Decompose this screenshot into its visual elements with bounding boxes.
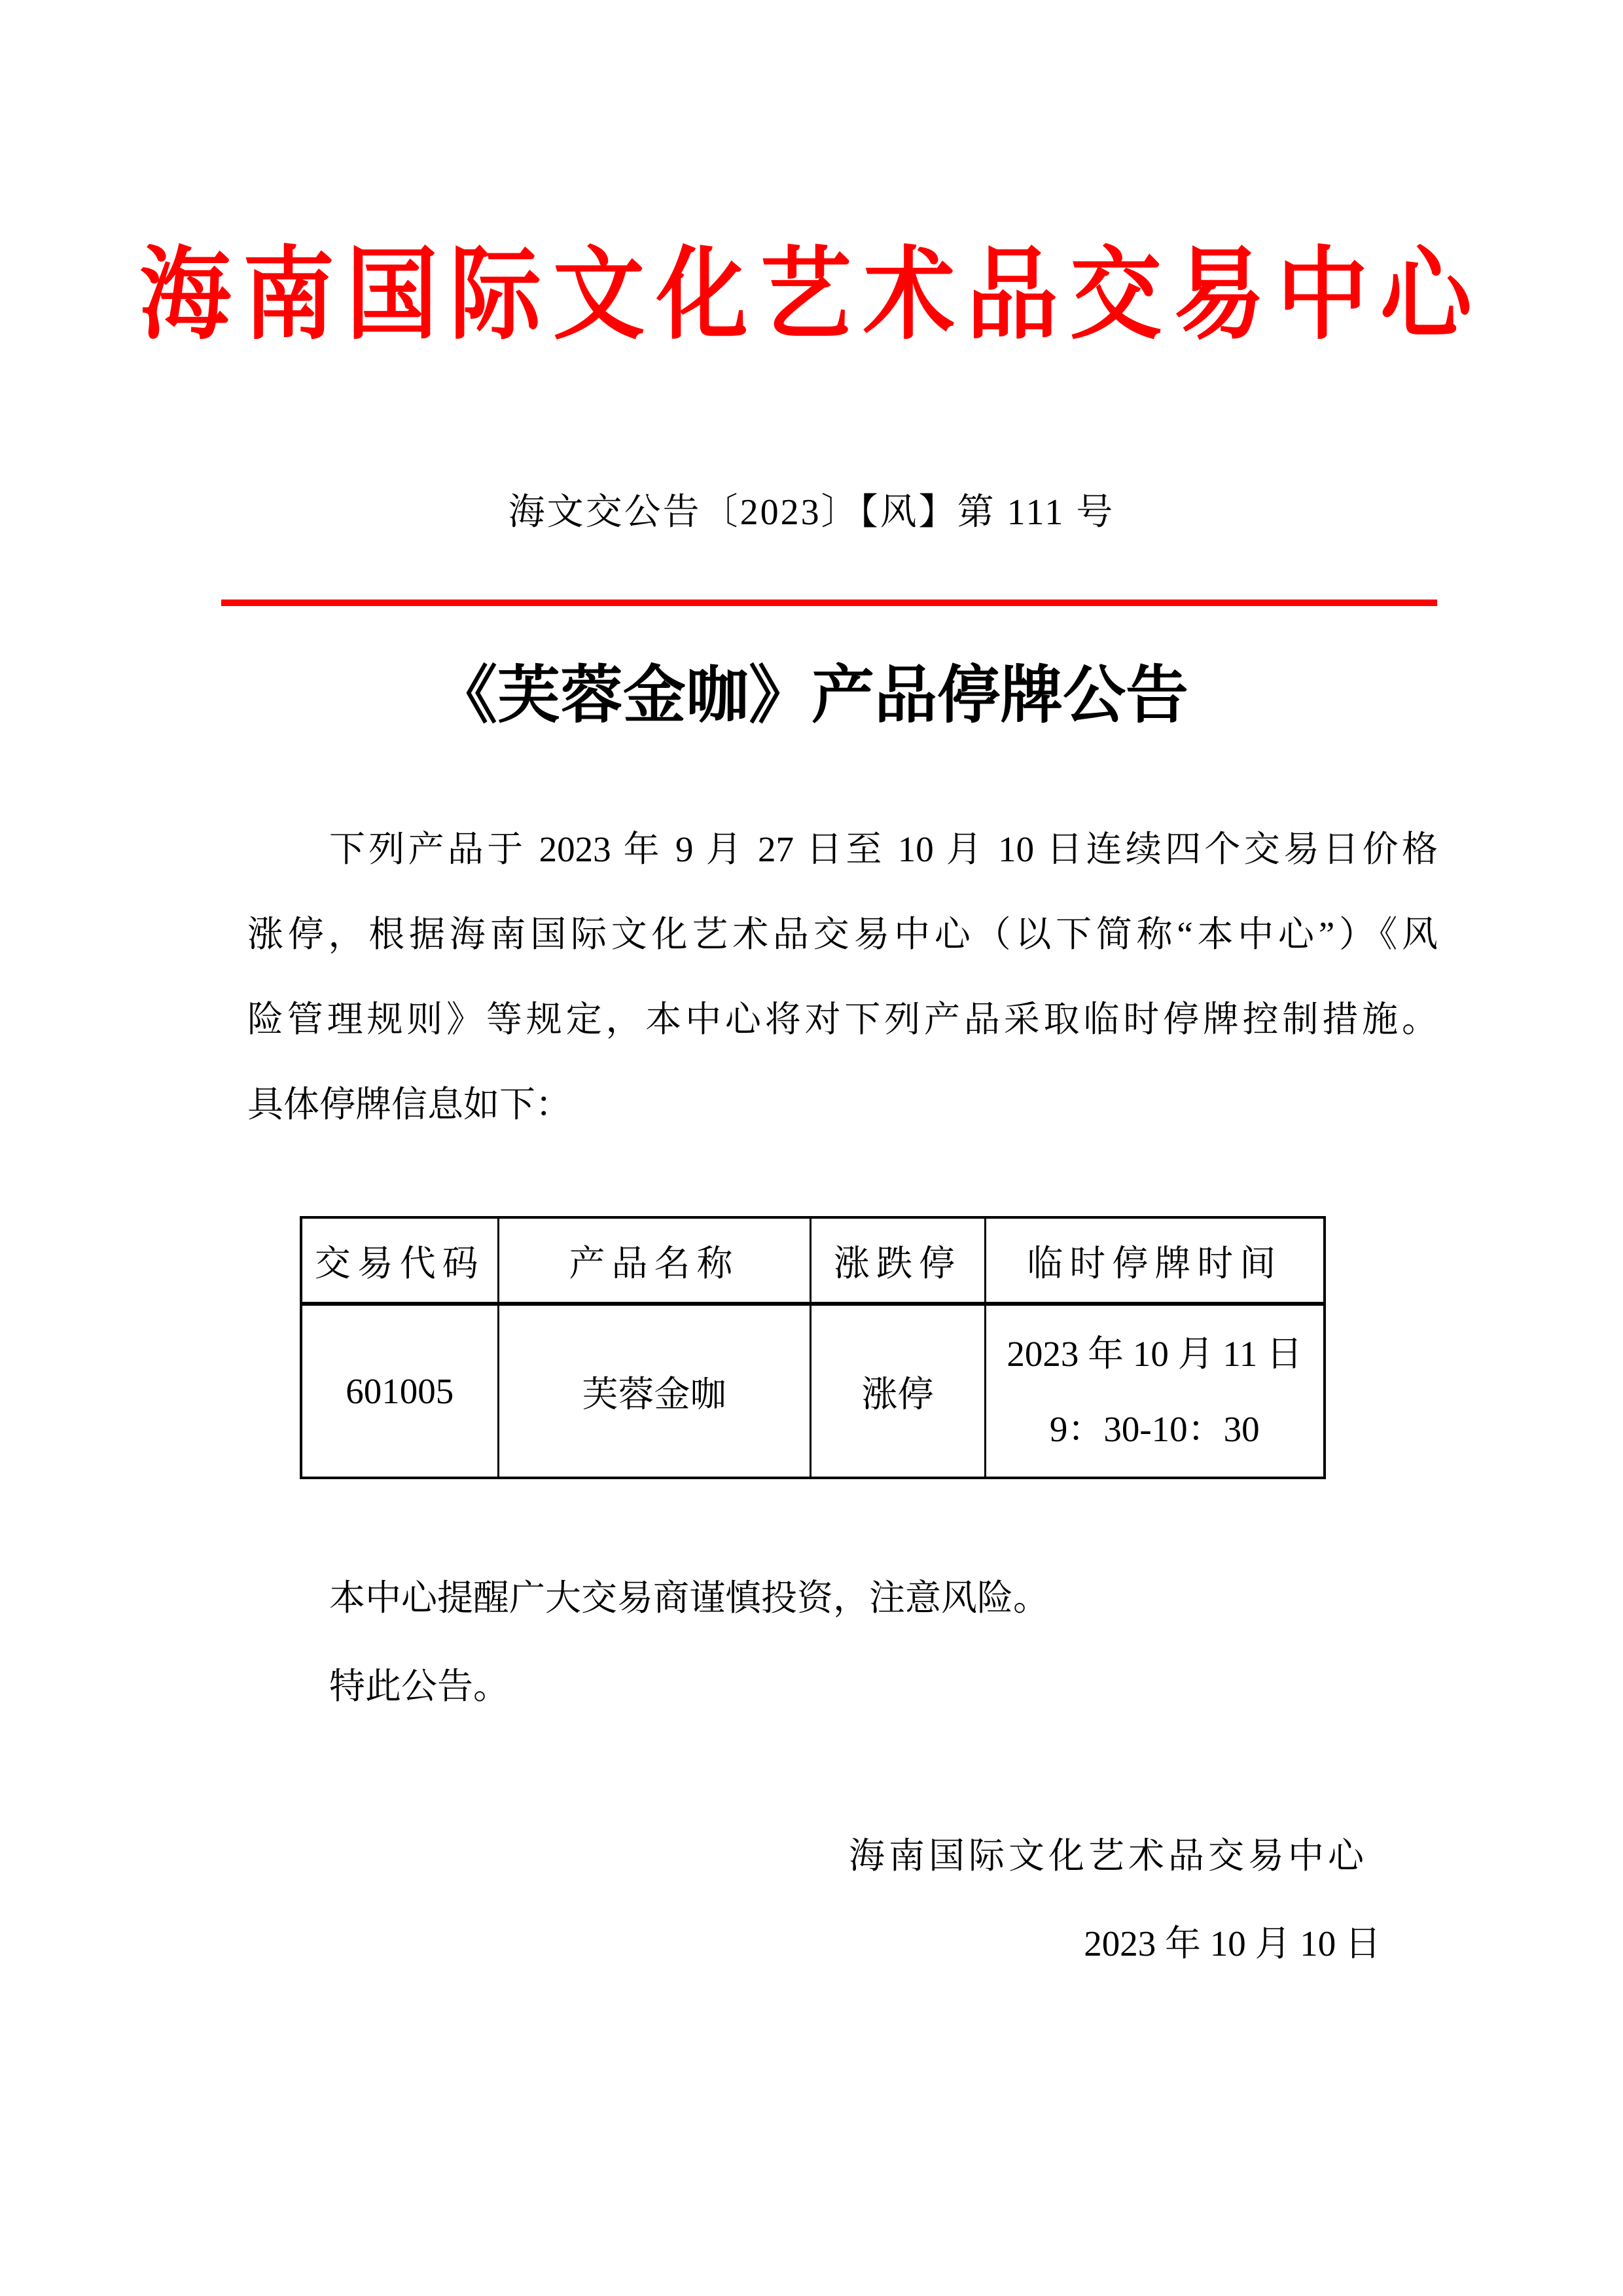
announcement-page: 海南国际文化艺术品交易中心 海文交公告〔2023〕【风】第 111 号 《芙蓉金… bbox=[0, 0, 1623, 2296]
notice-line: 特此公告。 bbox=[247, 1644, 1438, 1729]
page-title: 《芙蓉金咖》产品停牌公告 bbox=[0, 660, 1623, 732]
table-header-row: 交易代码 产品名称 涨跌停 临时停牌时间 bbox=[301, 1217, 1325, 1304]
cell-suspension-time: 2023 年 10 月 11 日 9：30-10：30 bbox=[985, 1304, 1325, 1478]
body-line-4: 具体停牌信息如下： bbox=[247, 1062, 1438, 1147]
org-masthead-title: 海南国际文化艺术品交易中心 bbox=[0, 241, 1623, 351]
risk-reminder-line: 本中心提醒广大交易商谨慎投资，注意风险。 bbox=[247, 1556, 1438, 1641]
suspension-date: 2023 年 10 月 11 日 bbox=[986, 1316, 1324, 1391]
table-row: 601005 芙蓉金咖 涨停 2023 年 10 月 11 日 9：30-10：… bbox=[301, 1304, 1325, 1478]
col-header-trade-code: 交易代码 bbox=[301, 1217, 498, 1304]
red-divider-rule bbox=[221, 600, 1437, 606]
signature-date: 2023 年 10 月 10 日 bbox=[1084, 1924, 1381, 1964]
suspension-time-range: 9：30-10：30 bbox=[986, 1391, 1324, 1467]
signature-org: 海南国际文化艺术品交易中心 bbox=[849, 1837, 1368, 1876]
doc-number: 海文交公告〔2023〕【风】第 111 号 bbox=[0, 491, 1623, 535]
cell-product-name: 芙蓉金咖 bbox=[498, 1304, 810, 1478]
cell-trade-code: 601005 bbox=[301, 1304, 498, 1478]
cell-limit-status: 涨停 bbox=[810, 1304, 985, 1478]
suspension-table: 交易代码 产品名称 涨跌停 临时停牌时间 601005 芙蓉金咖 涨停 2023… bbox=[300, 1216, 1326, 1479]
body-line-1: 下列产品于 2023 年 9 月 27 日至 10 月 10 日连续四个交易日价… bbox=[247, 807, 1438, 892]
col-header-suspension-time: 临时停牌时间 bbox=[985, 1217, 1325, 1304]
body-paragraph: 下列产品于 2023 年 9 月 27 日至 10 月 10 日连续四个交易日价… bbox=[247, 807, 1438, 1147]
col-header-limit-status: 涨跌停 bbox=[810, 1217, 985, 1304]
col-header-product-name: 产品名称 bbox=[498, 1217, 810, 1304]
body-line-2: 涨停，根据海南国际文化艺术品交易中心（以下简称“本中心”）《风 bbox=[247, 892, 1438, 977]
body-line-3: 险管理规则》等规定，本中心将对下列产品采取临时停牌控制措施。 bbox=[247, 977, 1438, 1062]
